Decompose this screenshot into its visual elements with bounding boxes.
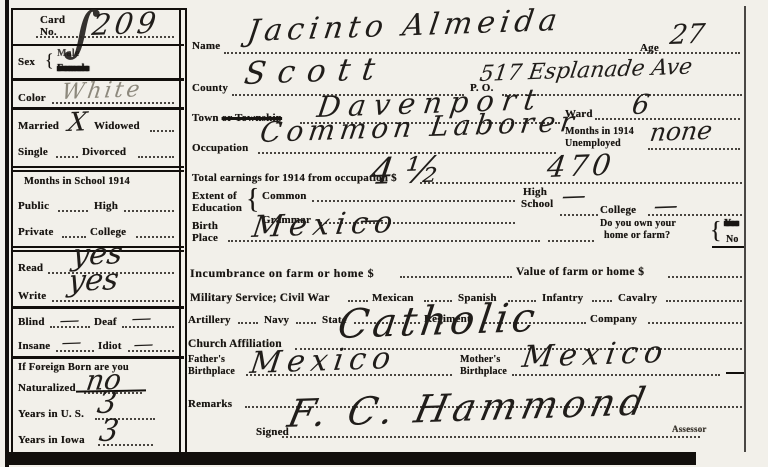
dotted-line (138, 156, 174, 158)
insane-label: Insane (18, 340, 50, 352)
widowed-label: Widowed (94, 120, 140, 132)
ward-value: 6 (630, 89, 652, 121)
dotted-line (128, 350, 174, 352)
blind-value: — (58, 307, 81, 332)
mother-birthplace-value: Mexico (520, 335, 671, 375)
dotted-line (282, 436, 700, 438)
rule-line (12, 306, 184, 309)
rule-line (12, 166, 184, 168)
military-company-label: Company (590, 313, 637, 325)
education-common-value: 4 ½ (368, 149, 443, 193)
dotted-line (122, 326, 174, 328)
dotted-line (668, 276, 742, 278)
read-label: Read (18, 262, 43, 274)
rule-line (12, 107, 184, 110)
dotted-line (312, 200, 515, 202)
education-high-label-line2: School (521, 198, 553, 210)
education-common-label: Common (262, 190, 307, 202)
dotted-line (666, 300, 742, 302)
column-divider-line-1 (179, 8, 181, 452)
dotted-line (98, 444, 153, 446)
high-label: High (94, 200, 118, 212)
dotted-line (238, 322, 258, 324)
birthplace-value: Mexico (250, 205, 401, 245)
blind-label: Blind (18, 316, 45, 328)
dotted-line (124, 210, 174, 212)
dotted-line (512, 374, 720, 376)
census-card-scan: Card No. ∫ 209 Sex { Male Female Color W… (0, 0, 768, 467)
education-label-line1: Extent of (192, 190, 237, 202)
years-in-us-label: Years in U. S. (18, 408, 84, 420)
dotted-line (246, 374, 452, 376)
military-artillery-label: Artillery (188, 314, 231, 326)
education-high-value: — (560, 181, 588, 210)
assessor-signature: F. C. Hammond (284, 379, 654, 436)
write-value: yes (66, 262, 121, 299)
father-birthplace-label-line1: Father's (188, 354, 225, 365)
county-label: County (192, 82, 228, 94)
rule-line (12, 356, 184, 359)
assessor-label: Assessor (672, 424, 707, 434)
color-value: White (60, 77, 144, 105)
education-label-line2: Education (192, 202, 242, 214)
unemployed-label-line1: Months in 1914 (565, 126, 634, 137)
age-value: 27 (668, 19, 707, 51)
remarks-label: Remarks (188, 398, 232, 410)
married-label: Married (18, 120, 59, 132)
birthplace-label-line2: Place (192, 232, 218, 244)
write-label: Write (18, 290, 46, 302)
years-in-iowa-label: Years in Iowa (18, 434, 85, 446)
incumbrance-label: Incumbrance on farm or home $ (190, 266, 374, 281)
dotted-line (648, 214, 742, 216)
married-mark: X (66, 107, 89, 138)
dotted-line (228, 240, 540, 242)
own-home-yes-struck: Yes (724, 218, 739, 229)
name-label: Name (192, 40, 220, 52)
rule-line (726, 372, 744, 374)
private-label: Private (18, 226, 54, 238)
occupation-value: Common Laborer (258, 105, 581, 149)
unemployed-value: none (648, 116, 714, 147)
card-no-label-line1: Card (40, 14, 65, 26)
dotted-line (648, 148, 740, 150)
dotted-line (52, 300, 174, 302)
name-value: Jacinto Almeida (245, 3, 564, 49)
education-college-label: College (600, 204, 636, 216)
military-cavalry-label: Cavalry (618, 292, 657, 304)
naturalized-label: Naturalized (18, 382, 76, 394)
scan-edge-bottom (8, 452, 696, 465)
dotted-line (548, 240, 594, 242)
divorced-label: Divorced (82, 146, 126, 158)
rule-line (12, 170, 184, 172)
dotted-line (150, 130, 174, 132)
sex-option-male: Male (57, 48, 79, 59)
mother-birthplace-label-line2: Birthplace (460, 366, 507, 377)
dotted-line (50, 326, 90, 328)
dotted-line (400, 276, 512, 278)
dotted-line (136, 236, 174, 238)
value-of-farm-label: Value of farm or home $ (516, 266, 644, 278)
dotted-line (296, 322, 316, 324)
earnings-label: Total earnings for 1914 from occupation … (192, 172, 397, 184)
earnings-value: 470 (545, 147, 617, 184)
card-right-border (744, 6, 746, 452)
own-home-brace: { (710, 218, 722, 245)
sex-brace: { (45, 50, 54, 71)
dotted-line (36, 36, 174, 38)
birthplace-label-line1: Birth (192, 220, 218, 232)
rule-line (712, 246, 744, 248)
po-value: 517 Esplanade Ave (478, 54, 694, 87)
town-label-main: Town (192, 112, 219, 124)
own-home-no: No (726, 234, 739, 245)
dotted-line (560, 214, 598, 216)
occupation-label: Occupation (192, 142, 248, 154)
school-header: Months in School 1914 (24, 176, 130, 187)
dotted-line (648, 322, 742, 324)
color-label: Color (18, 92, 46, 104)
own-home-label-line2: home or farm? (604, 230, 670, 241)
idiot-value: — (132, 331, 155, 356)
church-affiliation-value: Catholic (335, 295, 542, 348)
military-service-label: Military Service; Civil War (190, 292, 330, 304)
military-navy-label: Navy (264, 314, 289, 326)
dotted-line (58, 210, 88, 212)
military-infantry-label: Infantry (542, 292, 583, 304)
deaf-label: Deaf (94, 316, 117, 328)
county-value: Scott (242, 51, 389, 92)
age-label: Age (640, 42, 659, 54)
mother-birthplace-label-line1: Mother's (460, 354, 500, 365)
public-label: Public (18, 200, 49, 212)
column-divider-line-2 (185, 8, 187, 452)
sex-label: Sex (18, 56, 35, 68)
father-birthplace-label-line2: Birthplace (188, 366, 235, 377)
dotted-line (56, 350, 94, 352)
education-high-label-line1: High (523, 186, 547, 198)
idiot-label: Idiot (98, 340, 122, 352)
own-home-label-line1: Do you own your (600, 218, 676, 229)
dotted-line (52, 102, 174, 104)
scan-edge-left (5, 0, 9, 467)
rule-line (12, 44, 184, 46)
single-label: Single (18, 146, 48, 158)
dotted-line (592, 300, 612, 302)
dotted-line (56, 156, 78, 158)
sex-option-female-struck: Female (57, 63, 89, 74)
left-column-left-border (11, 8, 13, 452)
